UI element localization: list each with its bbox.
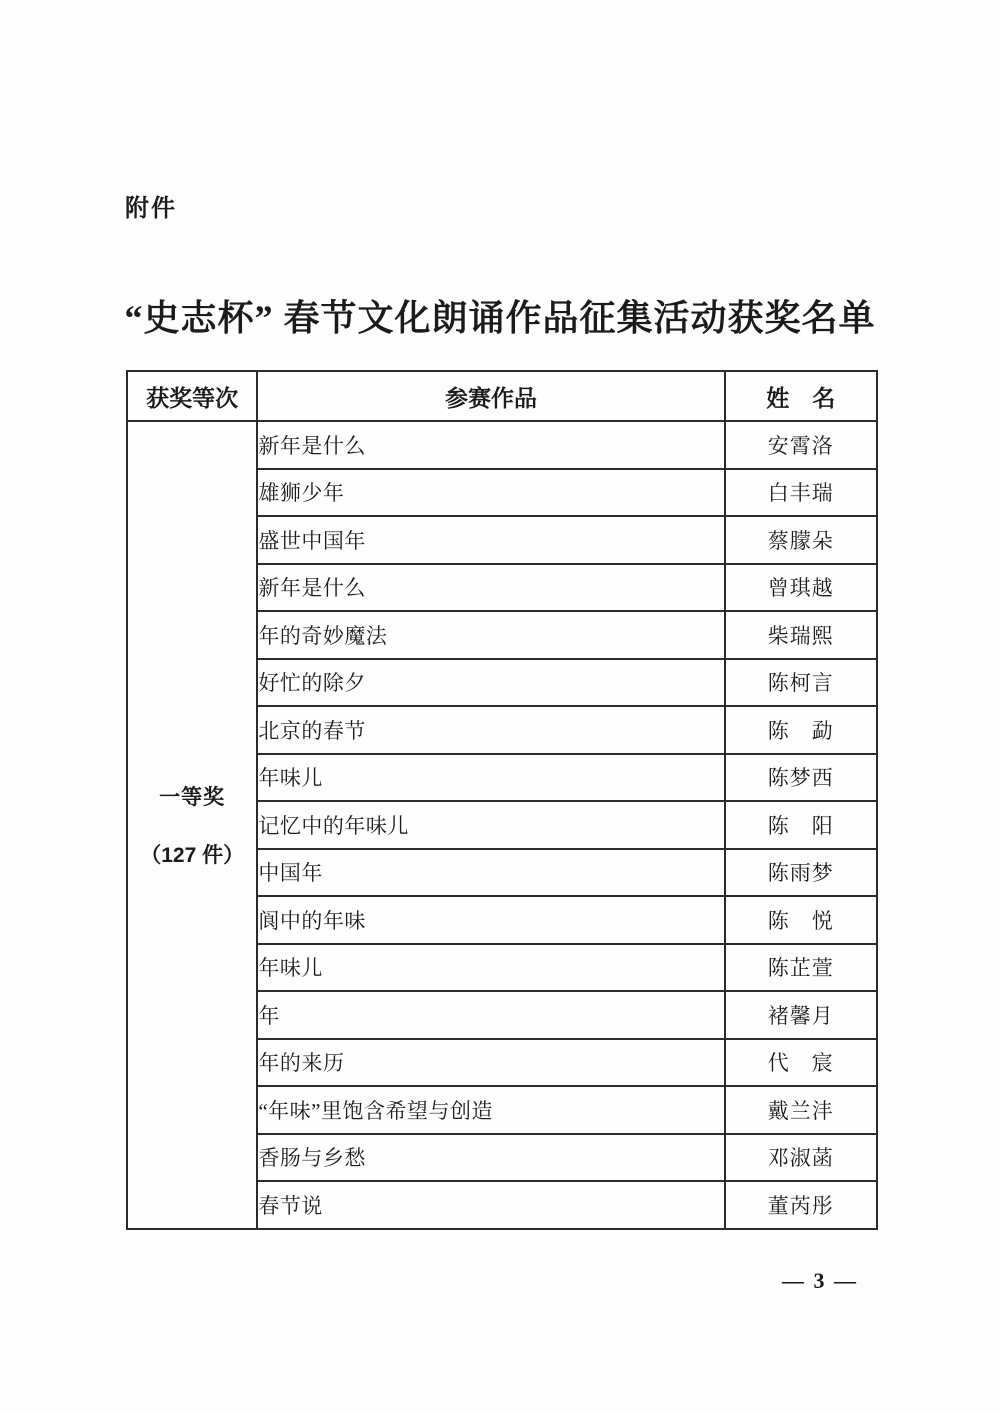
page-title: “史志杯” 春节文化朗诵作品征集活动获奖名单	[0, 290, 1000, 341]
work-title: 中国年	[257, 849, 724, 897]
winner-name: 代 宸	[725, 1039, 877, 1087]
work-title: 年	[257, 991, 724, 1039]
header-entry-work: 参赛作品	[257, 371, 724, 421]
work-title: 年味儿	[257, 754, 724, 802]
winner-name: 陈 悦	[725, 896, 877, 944]
work-title: 雄狮少年	[257, 469, 724, 517]
work-title: 好忙的除夕	[257, 659, 724, 707]
work-title: 香肠与乡愁	[257, 1134, 724, 1182]
winner-name: 邓淑菡	[725, 1134, 877, 1182]
table-row: 一等奖（127 件） 新年是什么 安霄洛	[127, 421, 877, 469]
winner-name: 陈芷萱	[725, 944, 877, 992]
winner-name: 陈柯言	[725, 659, 877, 707]
work-title: 新年是什么	[257, 564, 724, 612]
header-award-level: 获奖等次	[127, 371, 257, 421]
winner-name: 蔡朦朵	[725, 516, 877, 564]
awards-table: 获奖等次 参赛作品 姓 名 一等奖（127 件） 新年是什么 安霄洛 雄狮少年 …	[126, 370, 878, 1230]
attachment-label: 附件	[125, 188, 177, 223]
winner-name: 安霄洛	[725, 421, 877, 469]
work-title: 记忆中的年味儿	[257, 801, 724, 849]
work-title: 北京的春节	[257, 706, 724, 754]
work-title: 年的奇妙魔法	[257, 611, 724, 659]
header-name: 姓 名	[725, 371, 877, 421]
winner-name: 陈梦西	[725, 754, 877, 802]
winner-name: 白丰瑞	[725, 469, 877, 517]
work-title: 阆中的年味	[257, 896, 724, 944]
winner-name: 董芮彤	[725, 1181, 877, 1229]
winner-name: 陈雨梦	[725, 849, 877, 897]
award-level-cell: 一等奖（127 件）	[127, 421, 257, 1229]
award-level: 一等奖	[128, 781, 256, 811]
table-body: 一等奖（127 件） 新年是什么 安霄洛 雄狮少年 白丰瑞 盛世中国年 蔡朦朵 …	[127, 421, 877, 1229]
winner-name: 褚馨月	[725, 991, 877, 1039]
header-row: 获奖等次 参赛作品 姓 名	[127, 371, 877, 421]
winner-name: 曾琪越	[725, 564, 877, 612]
work-title: 盛世中国年	[257, 516, 724, 564]
winner-name: 柴瑞熙	[725, 611, 877, 659]
winner-name: 陈 阳	[725, 801, 877, 849]
award-count: （127 件）	[128, 839, 256, 869]
work-title: “年味”里饱含希望与创造	[257, 1086, 724, 1134]
winner-name: 戴兰沣	[725, 1086, 877, 1134]
table-header: 获奖等次 参赛作品 姓 名	[127, 371, 877, 421]
work-title: 年味儿	[257, 944, 724, 992]
work-title: 年的来历	[257, 1039, 724, 1087]
document-page: 附件 “史志杯” 春节文化朗诵作品征集活动获奖名单 获奖等次 参赛作品 姓 名 …	[0, 0, 1000, 1414]
work-title: 春节说	[257, 1181, 724, 1229]
winner-name: 陈 勐	[725, 706, 877, 754]
work-title: 新年是什么	[257, 421, 724, 469]
page-number: — 3 —	[782, 1268, 858, 1294]
